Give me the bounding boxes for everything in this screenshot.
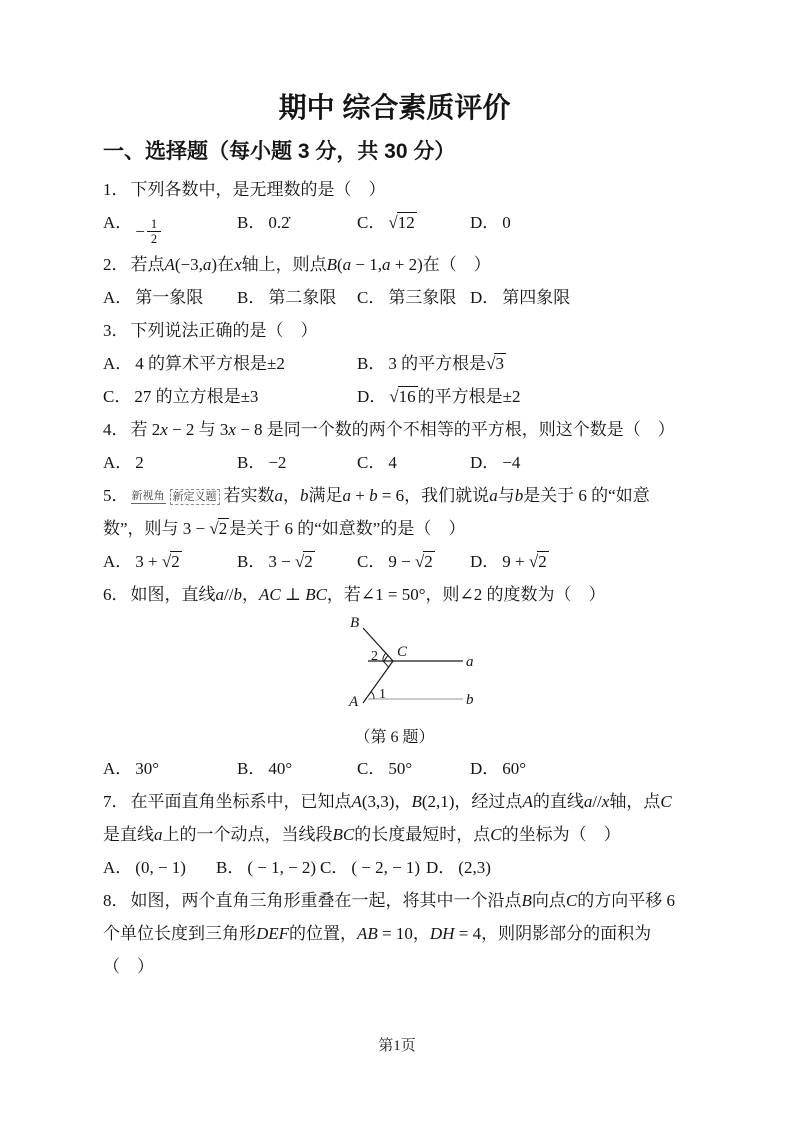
tag-new-perspective: 新视角 <box>131 489 166 504</box>
option-text: 3 − √2 <box>268 552 314 571</box>
option-text: 2 <box>135 453 144 472</box>
question-number: 8． <box>103 891 129 910</box>
option-label: C． <box>320 858 348 877</box>
option-text: 40° <box>268 759 292 778</box>
option-label: D． <box>426 858 455 877</box>
question-3-options: A．4 的算术平方根是±2 B．3 的平方根是√3 C．27 的立方根是±3 D… <box>103 347 686 413</box>
option-d: D．0 <box>470 206 686 248</box>
line-b-label: b <box>466 692 474 708</box>
option-b: B．40° <box>237 752 357 785</box>
question-6-stem: 6．如图，直线a//b，AC ⊥ BC，若∠1 = 50°，则∠2 的度数为（ … <box>103 578 686 611</box>
option-label: B． <box>216 858 244 877</box>
option-label: D． <box>470 552 499 571</box>
option-d: D．√16的平方根是±2 <box>357 380 686 413</box>
option-text: ( − 1, − 2) <box>247 858 316 877</box>
question-6: 6．如图，直线a//b，AC ⊥ BC，若∠1 = 50°，则∠2 的度数为（ … <box>103 578 686 785</box>
question-7-options: A．(0, − 1) B．( − 1, − 2) C．( − 2, − 1) D… <box>103 851 686 884</box>
option-b: B．( − 1, − 2) <box>216 851 320 884</box>
point-a-label: A <box>348 694 359 710</box>
point-b-label: B <box>350 615 359 631</box>
option-label: B． <box>357 354 385 373</box>
option-text: 第二象限 <box>268 288 336 307</box>
question-number: 2． <box>103 255 129 274</box>
option-b: B．第二象限 <box>237 281 357 314</box>
question-number: 6． <box>103 585 129 604</box>
option-label: B． <box>237 759 265 778</box>
question-4-options: A．2 B．−2 C．4 D．−4 <box>103 446 686 479</box>
option-label: D． <box>470 288 499 307</box>
option-c: C．√12 <box>357 206 470 248</box>
segment-bc <box>363 628 393 661</box>
question-6-figure: B C A a b 2 1 （第 6 题） <box>103 613 686 752</box>
option-a: A．3 + √2 <box>103 545 237 578</box>
option-text: 3 + √2 <box>135 552 181 571</box>
option-label: A． <box>103 354 132 373</box>
option-label: C． <box>357 213 385 232</box>
option-b: B．−2 <box>237 446 357 479</box>
option-text: −2 <box>268 453 286 472</box>
question-7-stem: 7．在平面直角坐标系中，已知点A(3,3)，B(2,1)，经过点A的直线a//x… <box>103 785 686 851</box>
option-c: C．第三象限 <box>357 281 470 314</box>
question-5-stem: 5．新视角新定义题若实数a，b满足a + b = 6，我们就说a与b是关于 6 … <box>103 479 686 545</box>
option-text: −12 <box>135 213 161 232</box>
page-footer: 第1页 <box>0 1036 794 1056</box>
option-text: 30° <box>135 759 159 778</box>
question-text: 下列各数中，是无理数的是（ ） <box>131 180 386 199</box>
tag-new-definition: 新定义题 <box>170 489 220 505</box>
question-8: 8．如图，两个直角三角形重叠在一起，将其中一个沿点B向点C的方向平移 6 个单位… <box>103 884 686 983</box>
question-5: 5．新视角新定义题若实数a，b满足a + b = 6，我们就说a与b是关于 6 … <box>103 479 686 578</box>
option-text: 9 + √2 <box>502 552 548 571</box>
question-number: 4． <box>103 420 129 439</box>
option-text: (0, − 1) <box>135 858 186 877</box>
option-label: D． <box>357 387 386 406</box>
option-a: A．30° <box>103 752 237 785</box>
option-label: A． <box>103 288 132 307</box>
question-text: 下列说法正确的是（ ） <box>131 321 318 340</box>
question-2-options: A．第一象限 B．第二象限 C．第三象限 D．第四象限 <box>103 281 686 314</box>
section-heading: 一、选择题（每小题 3 分，共 30 分） <box>103 136 686 168</box>
question-3: 3．下列说法正确的是（ ） A．4 的算术平方根是±2 B．3 的平方根是√3 … <box>103 314 686 413</box>
page-title: 期中 综合素质评价 <box>103 88 686 128</box>
option-a: A．(0, − 1) <box>103 851 216 884</box>
line-a-label: a <box>466 654 474 670</box>
option-label: A． <box>103 213 132 232</box>
option-b: B．0.2̇ <box>237 206 357 248</box>
option-d: D．第四象限 <box>470 281 686 314</box>
option-label: C． <box>357 759 385 778</box>
option-text: (2,3) <box>458 858 491 877</box>
option-a: A．−12 <box>103 206 237 248</box>
exam-page: 期中 综合素质评价 一、选择题（每小题 3 分，共 30 分） 1．下列各数中，… <box>0 0 794 1123</box>
option-text: 0.2̇ <box>268 213 289 232</box>
option-label: B． <box>237 213 265 232</box>
question-5-options: A．3 + √2 B．3 − √2 C．9 − √2 D．9 + √2 <box>103 545 686 578</box>
option-d: D．9 + √2 <box>470 545 686 578</box>
question-4: 4．若 2x − 2 与 3x − 8 是同一个数的两个不相等的平方根，则这个数… <box>103 413 686 479</box>
option-text: ( − 2, − 1) <box>351 858 420 877</box>
option-a: A．2 <box>103 446 237 479</box>
option-label: A． <box>103 453 132 472</box>
option-label: B． <box>237 453 265 472</box>
option-label: C． <box>357 453 385 472</box>
option-label: B． <box>237 288 265 307</box>
option-text: 4 <box>388 453 397 472</box>
question-number: 3． <box>103 321 129 340</box>
question-1-options: A．−12 B．0.2̇ C．√12 D．0 <box>103 206 686 248</box>
angle-1-label: 1 <box>379 687 386 702</box>
question-text: 在平面直角坐标系中，已知点A(3,3)，B(2,1)，经过点A的直线a//x轴，… <box>103 792 672 844</box>
option-label: D． <box>470 213 499 232</box>
question-text: 如图，直线a//b，AC ⊥ BC，若∠1 = 50°，则∠2 的度数为（ ） <box>131 585 606 604</box>
point-c-label: C <box>397 644 408 660</box>
option-label: A． <box>103 759 132 778</box>
option-label: C． <box>357 552 385 571</box>
question-3-stem: 3．下列说法正确的是（ ） <box>103 314 686 347</box>
question-2-stem: 2．若点A(−3,a)在x轴上，则点B(a − 1,a + 2)在（ ） <box>103 248 686 281</box>
question-text: 如图，两个直角三角形重叠在一起，将其中一个沿点B向点C的方向平移 6 个单位长度… <box>103 891 675 976</box>
option-label: B． <box>237 552 265 571</box>
option-text: 第三象限 <box>388 288 456 307</box>
option-d: D．60° <box>470 752 686 785</box>
option-text: 50° <box>388 759 412 778</box>
question-number: 7． <box>103 792 129 811</box>
option-text: 第一象限 <box>135 288 203 307</box>
option-b: B．3 的平方根是√3 <box>357 347 686 380</box>
option-text: 4 的算术平方根是±2 <box>135 354 285 373</box>
option-label: C． <box>357 288 385 307</box>
question-1-stem: 1．下列各数中，是无理数的是（ ） <box>103 173 686 206</box>
option-d: D．−4 <box>470 446 686 479</box>
option-text: 第四象限 <box>502 288 570 307</box>
option-c: C．4 <box>357 446 470 479</box>
option-d: D．(2,3) <box>426 851 686 884</box>
question-number: 5． <box>103 486 129 505</box>
question-2: 2．若点A(−3,a)在x轴上，则点B(a − 1,a + 2)在（ ） A．第… <box>103 248 686 314</box>
option-a: A．第一象限 <box>103 281 237 314</box>
geometry-figure-svg: B C A a b 2 1 <box>305 613 485 713</box>
question-text: 若点A(−3,a)在x轴上，则点B(a − 1,a + 2)在（ ） <box>131 255 491 274</box>
option-c: C．9 − √2 <box>357 545 470 578</box>
option-c: C．( − 2, − 1) <box>320 851 426 884</box>
figure-caption: （第 6 题） <box>103 724 686 752</box>
option-label: A． <box>103 858 132 877</box>
option-text: −4 <box>502 453 520 472</box>
option-text: √12 <box>388 213 416 232</box>
option-c: C．50° <box>357 752 470 785</box>
question-8-stem: 8．如图，两个直角三角形重叠在一起，将其中一个沿点B向点C的方向平移 6 个单位… <box>103 884 686 983</box>
option-label: C． <box>103 387 131 406</box>
option-label: D． <box>470 759 499 778</box>
option-text: 3 的平方根是√3 <box>388 354 506 373</box>
question-number: 1． <box>103 180 129 199</box>
question-6-options: A．30° B．40° C．50° D．60° <box>103 752 686 785</box>
option-text: 0 <box>502 213 511 232</box>
option-label: A． <box>103 552 132 571</box>
option-label: D． <box>470 453 499 472</box>
option-text: 9 − √2 <box>388 552 434 571</box>
option-text: 27 的立方根是±3 <box>134 387 258 406</box>
question-tag-badge: 新视角新定义题 <box>131 489 220 505</box>
option-text: 60° <box>502 759 526 778</box>
option-b: B．3 − √2 <box>237 545 357 578</box>
question-text: 若 2x − 2 与 3x − 8 是同一个数的两个不相等的平方根，则这个数是（… <box>131 420 675 439</box>
segment-ca <box>363 661 393 703</box>
option-c: C．27 的立方根是±3 <box>103 380 357 413</box>
option-text: √16的平方根是±2 <box>389 387 520 406</box>
angle-2-label: 2 <box>371 649 378 664</box>
question-1: 1．下列各数中，是无理数的是（ ） A．−12 B．0.2̇ C．√12 D．0 <box>103 173 686 248</box>
option-a: A．4 的算术平方根是±2 <box>103 347 357 380</box>
question-4-stem: 4．若 2x − 2 与 3x − 8 是同一个数的两个不相等的平方根，则这个数… <box>103 413 686 446</box>
question-7: 7．在平面直角坐标系中，已知点A(3,3)，B(2,1)，经过点A的直线a//x… <box>103 785 686 884</box>
